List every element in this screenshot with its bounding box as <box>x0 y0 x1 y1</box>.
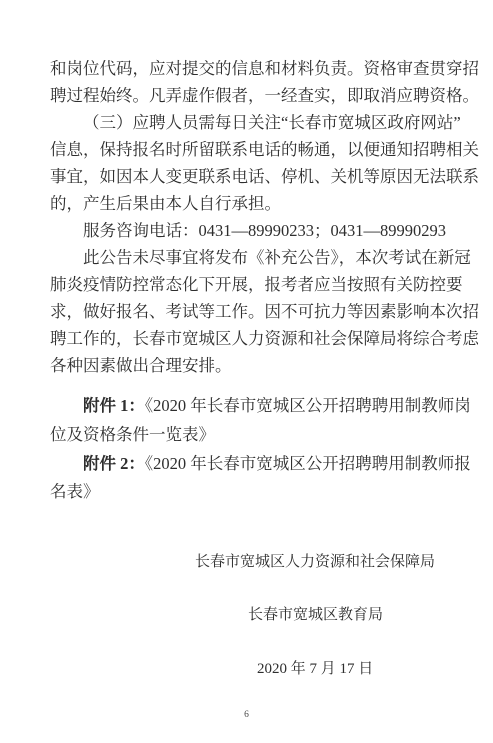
text-line: 的，产生后果由本人自行承担。 <box>50 190 464 217</box>
date-line: 2020 年 7 月 17 日 <box>257 660 373 678</box>
attachment-line: 附件 2：《2020 年长春市宽城区公开招聘聘用制教师报 <box>50 450 464 479</box>
text-line: 事宜，如因本人变更联系电话、停机、关机等原因无法联系 <box>50 163 464 190</box>
signature-hr-social-security-bureau: 长春市宽城区人力资源和社会保障局 <box>195 553 435 571</box>
attachment-line: 位及资格条件一览表》 <box>50 421 464 450</box>
text-line: 肺炎疫情防控常态化下开展，报考者应当按照有关防控要 <box>50 271 464 298</box>
document-body: 和岗位代码，应对提交的信息和材料负责。资格审查贯穿招聘过程始终。凡弄虚作假者，一… <box>50 55 464 379</box>
text-line: 信息，保持报名时所留联系电话的畅通，以便通知招聘相关 <box>50 136 464 163</box>
text-line: 求，做好报名、考试等工作。因不可抗力等因素影响本次招 <box>50 298 464 325</box>
text-line: 聘过程始终。凡弄虚作假者，一经查实，即取消应聘资格。 <box>50 82 464 109</box>
attachment-line: 名表》 <box>50 478 464 507</box>
attachment-line: 附件 1：《2020 年长春市宽城区公开招聘聘用制教师岗 <box>50 392 464 421</box>
page-number: 6 <box>0 710 493 720</box>
signature-education-bureau: 长春市宽城区教育局 <box>248 606 383 624</box>
text-line: 聘工作的，长春市宽城区人力资源和社会保障局将综合考虑 <box>50 325 464 352</box>
text-line: 服务咨询电话：0431—89990233；0431—89990293 <box>50 217 464 244</box>
attachments-section: 附件 1：《2020 年长春市宽城区公开招聘聘用制教师岗位及资格条件一览表》附件… <box>50 392 464 507</box>
attachment-label: 附件 1： <box>83 396 145 415</box>
text-line: （三）应聘人员需每日关注“长春市宽城区政府网站” <box>50 109 464 136</box>
text-line: 此公告未尽事宜将发布《补充公告》，本次考试在新冠 <box>50 244 464 271</box>
text-line: 和岗位代码，应对提交的信息和材料负责。资格审查贯穿招 <box>50 55 464 82</box>
attachment-label: 附件 2： <box>83 454 145 473</box>
text-line: 各种因素做出合理安排。 <box>50 352 464 379</box>
document-page: 和岗位代码，应对提交的信息和材料负责。资格审查贯穿招聘过程始终。凡弄虚作假者，一… <box>0 0 493 743</box>
